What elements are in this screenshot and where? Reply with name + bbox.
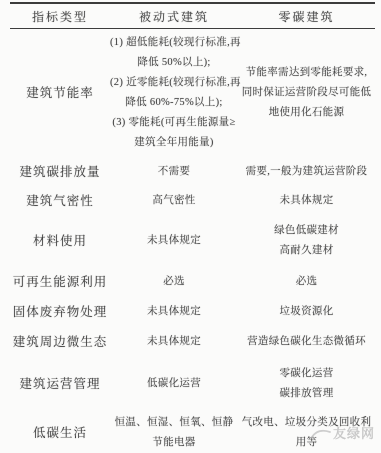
zero-carbon-cell: 节能率需达到零能耗要求,同时保证运营阶段尽可能低地使用化石能源 — [238, 63, 375, 123]
zero-carbon-cell: 绿色低碳建材高耐久建材 — [238, 221, 375, 261]
table-row: 建筑运营管理低碳化运营零碳化运营碳排放管理 — [10, 357, 375, 410]
cell-line: 同时保证运营阶段尽可能低 — [238, 83, 375, 103]
zero-carbon-cell: 必选 — [238, 272, 375, 292]
indicator-label: 建筑节能率 — [10, 83, 110, 103]
cell-line: 必选 — [110, 272, 238, 292]
cell-line: (2) 近零能耗(较现行标准,再 — [110, 73, 238, 93]
indicator-label: 低碳生活 — [10, 423, 110, 443]
cell-line: 地使用化石能源 — [238, 103, 375, 123]
header-indicator-type: 指标类型 — [10, 8, 110, 25]
table-row: 建筑碳排放量不需要需要,一般为建筑运营阶段 — [10, 157, 375, 187]
table-row: 建筑气密性高气密性未具体规定 — [10, 187, 375, 214]
passive-building-cell: 未具体规定 — [110, 302, 238, 322]
cell-line: 垃圾资源化 — [238, 302, 375, 322]
zero-carbon-cell: 未具体规定 — [238, 191, 375, 211]
cell-line: 建筑碳排放量 — [10, 162, 110, 182]
cell-line: 恒温、恒湿、恒氧、恒静 — [110, 413, 238, 433]
cell-line: 绿色低碳建材 — [238, 221, 375, 241]
table-body: 建筑节能率(1) 超低能耗(较现行标准,再降低 50%以上);(2) 近零能耗(… — [10, 29, 375, 453]
indicator-label: 材料使用 — [10, 231, 110, 251]
zero-carbon-cell: 需要,一般为建筑运营阶段 — [238, 162, 375, 182]
cell-line: 降低 60%-75%以上); — [110, 93, 238, 113]
zero-carbon-cell: 营造绿色碳化生态微循环 — [238, 332, 375, 352]
cell-line: 建筑节能率 — [10, 83, 110, 103]
zero-carbon-cell: 零碳化运营碳排放管理 — [238, 364, 375, 404]
cell-line: 降低 50%以上); — [110, 53, 238, 73]
cell-line: 材料使用 — [10, 231, 110, 251]
header-passive-building: 被动式建筑 — [110, 8, 238, 25]
passive-building-cell: (1) 超低能耗(较现行标准,再降低 50%以上);(2) 近零能耗(较现行标准… — [110, 33, 238, 153]
passive-building-cell: 必选 — [110, 272, 238, 292]
cell-line: 高耐久建材 — [238, 241, 375, 261]
cell-line: 营造绿色碳化生态微循环 — [238, 332, 375, 352]
indicator-label: 建筑运营管理 — [10, 374, 110, 394]
cell-line: 节能电器 — [110, 433, 238, 453]
cell-line: 必选 — [238, 272, 375, 292]
cell-line: 不需要 — [110, 162, 238, 182]
cell-line: 可再生能源利用 — [10, 272, 110, 292]
table-row: 固体废弃物处理未具体规定垃圾资源化 — [10, 297, 375, 327]
watermark-text: 友绿网 — [333, 423, 375, 442]
indicator-label: 固体废弃物处理 — [10, 302, 110, 322]
table-row: 建筑节能率(1) 超低能耗(较现行标准,再降低 50%以上);(2) 近零能耗(… — [10, 29, 375, 157]
cell-line: 碳排放管理 — [238, 384, 375, 404]
header-zero-carbon-building: 零碳建筑 — [238, 8, 375, 25]
passive-building-cell: 恒温、恒湿、恒氧、恒静节能电器 — [110, 413, 238, 453]
table-row: 可再生能源利用必选必选 — [10, 267, 375, 297]
indicator-label: 建筑碳排放量 — [10, 162, 110, 182]
cell-line: 节能率需达到零能耗要求, — [238, 63, 375, 83]
indicator-label: 建筑气密性 — [10, 191, 110, 211]
cell-line: 建筑周边微生态 — [10, 332, 110, 352]
cell-line: 未具体规定 — [110, 302, 238, 322]
cell-line: 低碳化运营 — [110, 374, 238, 394]
cell-line: 高气密性 — [110, 191, 238, 211]
cell-line: 需要,一般为建筑运营阶段 — [238, 162, 375, 182]
comparison-table: 指标类型 被动式建筑 零碳建筑 建筑节能率(1) 超低能耗(较现行标准,再降低 … — [10, 2, 375, 453]
indicator-label: 可再生能源利用 — [10, 272, 110, 292]
cell-line: 建筑运营管理 — [10, 374, 110, 394]
zero-carbon-cell: 垃圾资源化 — [238, 302, 375, 322]
cell-line: 建筑全年用能量) — [110, 133, 238, 153]
cell-line: 未具体规定 — [110, 332, 238, 352]
watermark-swoosh-icon — [310, 426, 332, 440]
table-row: 材料使用未具体规定绿色低碳建材高耐久建材 — [10, 214, 375, 267]
indicator-label: 建筑周边微生态 — [10, 332, 110, 352]
passive-building-cell: 高气密性 — [110, 191, 238, 211]
passive-building-cell: 未具体规定 — [110, 231, 238, 251]
cell-line: 未具体规定 — [238, 191, 375, 211]
cell-line: 低碳生活 — [10, 423, 110, 443]
cell-line: 零碳化运营 — [238, 364, 375, 384]
table-header-row: 指标类型 被动式建筑 零碳建筑 — [10, 4, 375, 29]
passive-building-cell: 未具体规定 — [110, 332, 238, 352]
watermark: 友绿网 — [310, 423, 375, 442]
passive-building-cell: 不需要 — [110, 162, 238, 182]
cell-line: (1) 超低能耗(较现行标准,再 — [110, 33, 238, 53]
cell-line: 未具体规定 — [110, 231, 238, 251]
table-row: 建筑周边微生态未具体规定营造绿色碳化生态微循环 — [10, 327, 375, 357]
cell-line: 建筑气密性 — [10, 191, 110, 211]
cell-line: 固体废弃物处理 — [10, 302, 110, 322]
cell-line: (3) 零能耗(可再生能源量≥ — [110, 113, 238, 133]
passive-building-cell: 低碳化运营 — [110, 374, 238, 394]
